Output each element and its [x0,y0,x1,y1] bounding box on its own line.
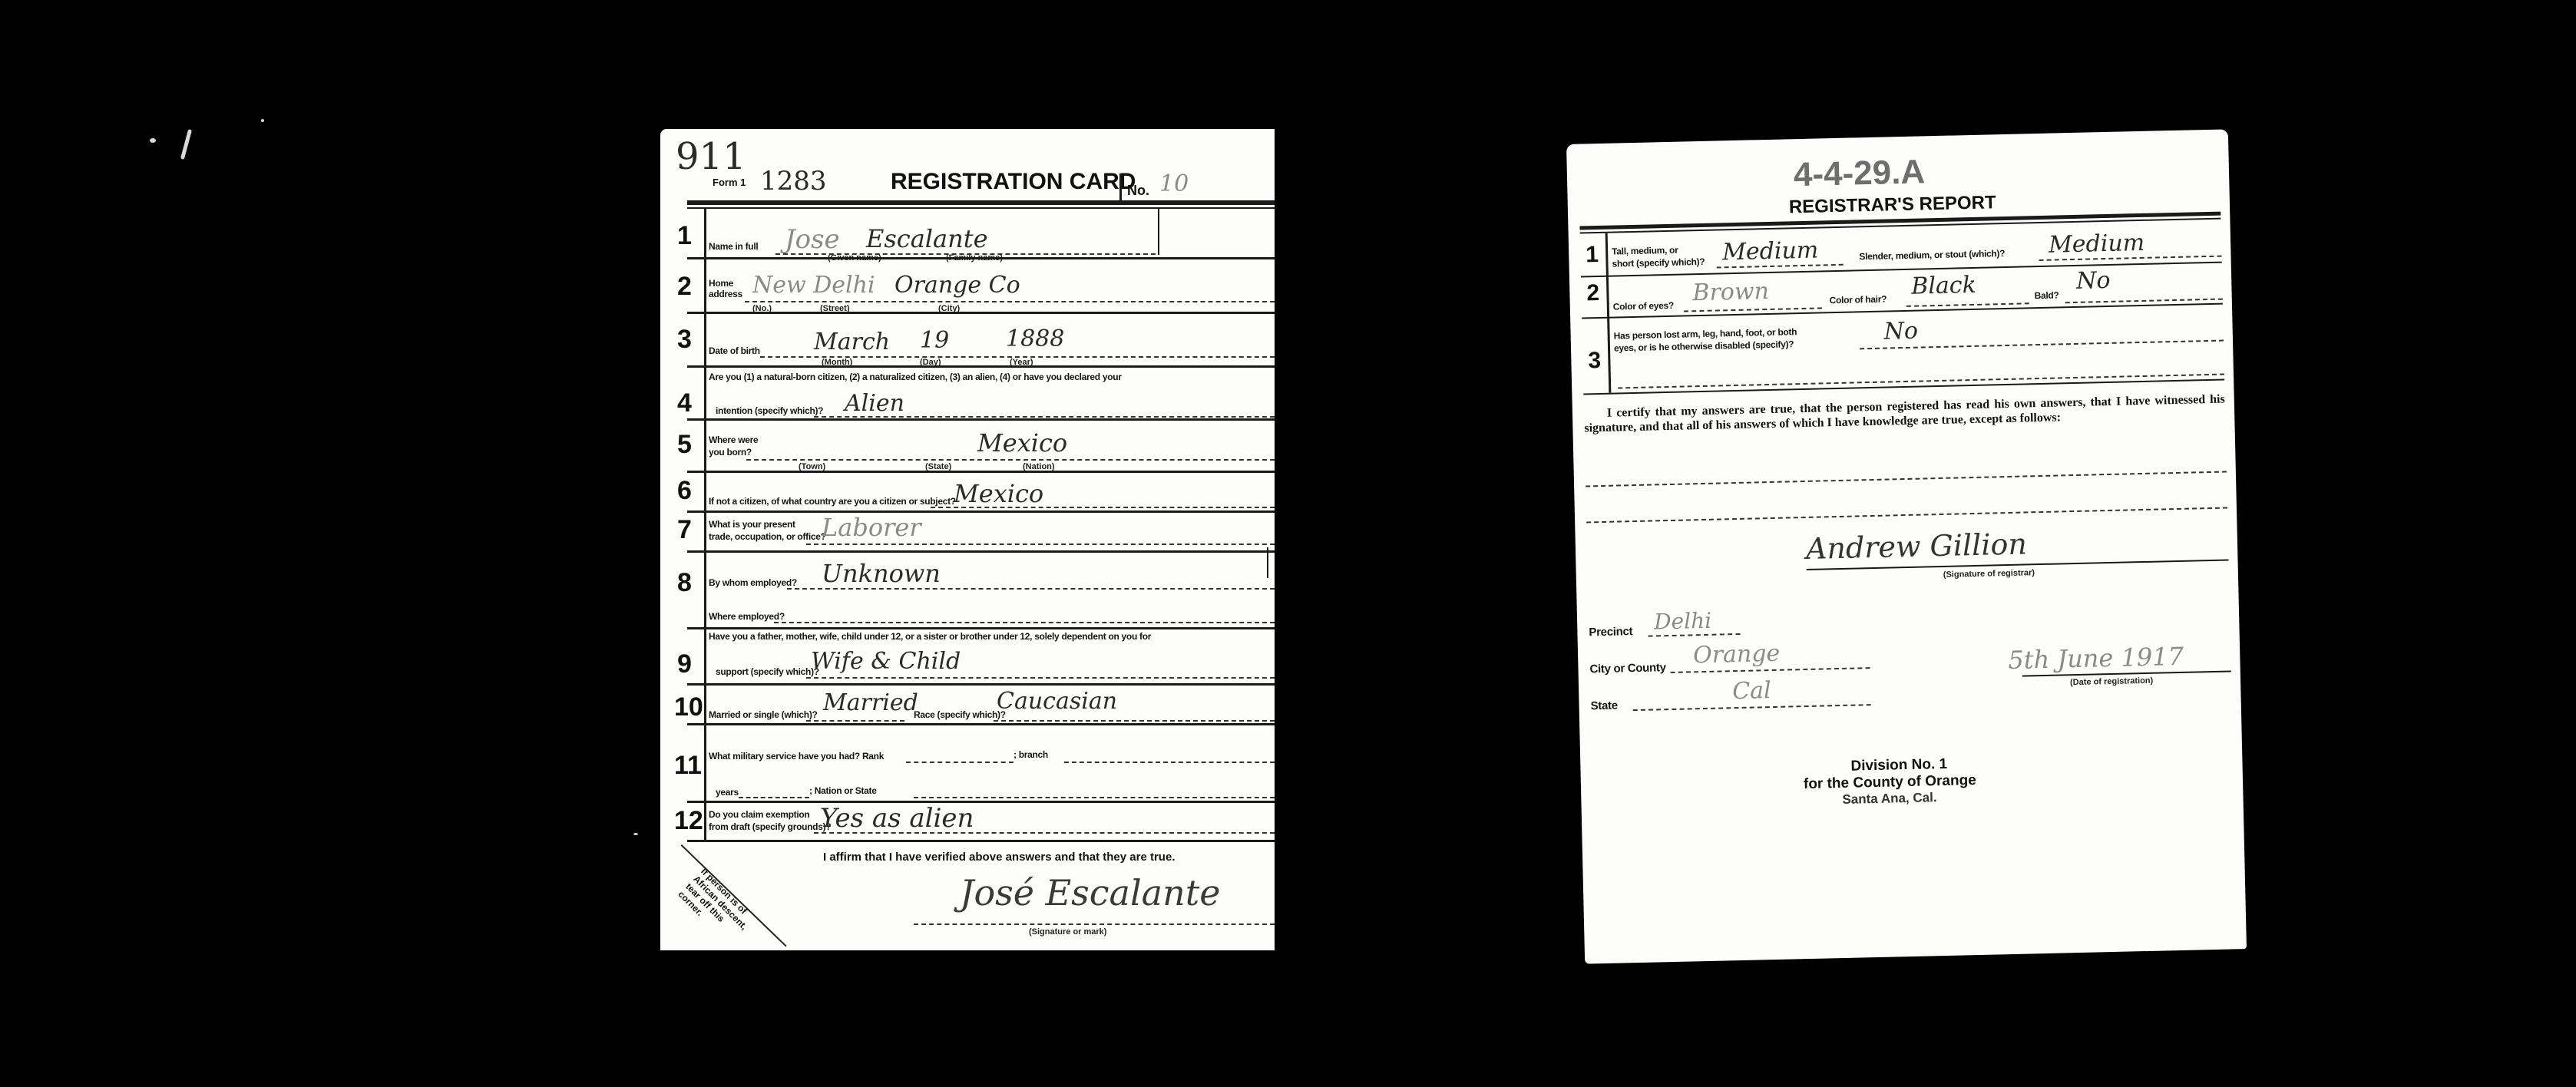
support-label: support (specify which)? [716,666,819,677]
disability-label-line2: eyes, or is he otherwise disabled (speci… [1614,339,1794,353]
card-title: REGISTRATION CARD [891,169,1136,195]
signature-caption: (Signature or mark) [1029,927,1106,937]
address-field-line [745,301,1275,302]
intention-label: intention (specify which)? [716,405,823,416]
row-divider [687,365,1275,368]
occupation-label-line2: trade, occupation, or office? [709,531,826,542]
rank-field-line [906,762,1014,763]
name-label: Name in full [709,241,758,252]
row-number: 3 [677,325,692,355]
stamp-number: 4-4-29.A [1793,153,1925,194]
branch-field-line [1064,762,1275,763]
employer-field-line [787,588,1275,590]
city-county-label: City or County [1589,661,1666,676]
row-number: 4 [677,388,692,418]
row-divider [687,510,1275,513]
city-value: Orange Co [894,272,1020,299]
birthplace-label-line2: you born? [709,447,752,458]
report-title: REGISTRAR'S REPORT [1789,192,1996,218]
marital-field-line [806,720,904,722]
row-number: 11 [674,751,702,781]
build-label: Slender, medium, or stout (which)? [1859,248,2005,262]
birth-month-value: March [814,329,890,355]
row-number: 3 [1588,348,1601,374]
top-double-rule [687,200,1275,205]
row-divider [687,257,1275,259]
row-divider [687,627,1275,629]
employer-value: Unknown [822,559,941,588]
row-number: 8 [677,568,692,598]
race-label: Race (specify which)? [914,709,1006,720]
branch-label: ; branch [1014,749,1048,760]
state-label: State [1590,699,1618,713]
row-number: 9 [677,649,692,679]
row-number: 2 [1586,280,1599,306]
country-value: Mexico [954,479,1043,508]
row-number: 2 [677,272,692,302]
hair-color-value: Black [1911,272,1976,300]
occupation-field-line [806,543,1275,545]
registration-date-value: 5th June 1917 [2008,642,2184,675]
registration-card: 911 Form 1 1283 REGISTRATION CARD No. 10… [660,129,1275,950]
row-number: 6 [677,476,692,506]
city-county-value: Orange [1693,640,1781,669]
background-speck [261,119,264,122]
home-label-line1: Home [709,278,733,289]
bald-value: No [2076,267,2111,295]
state-field-line [1633,704,1871,711]
country-label: If not a citizen, of what country are yo… [709,496,956,507]
row-divider [687,801,1275,803]
number-column-divider [704,209,706,841]
bald-label: Bald? [2034,289,2058,301]
citizenship-question: Are you (1) a natural-born citizen, (2) … [709,372,1122,382]
bald-field-line [2065,299,2223,304]
file-number: 911 [676,135,746,178]
nation-state-field-line [914,797,1275,798]
registrant-signature: José Escalante [960,872,1220,914]
nation-state-label: ; Nation or State [809,785,877,796]
marital-label: Married or single (which)? [709,709,818,720]
employer-label: By whom employed? [709,577,797,588]
precinct-label: Precinct [1589,625,1632,639]
exception-line-1 [1586,471,2227,487]
row-number: 10 [674,692,703,722]
occupation-value: Laborer [822,513,921,542]
years-label: years [716,787,739,798]
height-value: Medium [1722,237,1819,266]
birth-day-value: 19 [920,327,949,354]
row-divider [1582,303,2223,319]
family-name-value: Escalante [866,224,988,253]
row-number: 5 [677,430,692,460]
corner-instruction: If person is of African descent, tear of… [676,866,757,947]
dob-label: Date of birth [709,345,760,356]
support-field-line [806,677,1275,679]
race-field-line [994,720,1275,722]
birth-year-value: 1888 [1006,325,1064,352]
home-label-line2: address [709,289,742,299]
form-label: Form 1 [713,177,746,188]
division-line-3: Santa Ana, Cal. [1842,790,1937,808]
registrar-signature-caption: (Signature of registrar) [1943,568,2035,580]
birthplace-field-line [746,459,1275,461]
row-number: 12 [674,806,703,836]
registrars-report-card: 4-4-29.A REGISTRAR'S REPORT 1 Tall, medi… [1566,129,2247,963]
top-double-rule [687,207,1275,209]
dependents-question: Have you a father, mother, wife, child u… [709,631,1151,642]
build-value: Medium [2049,230,2145,259]
title-divider [1119,173,1122,200]
registrar-signature: Andrew Gillion [1806,527,2028,566]
exemption-label-line1: Do you claim exemption [709,809,809,820]
affirm-statement: I affirm that I have verified above answ… [823,851,1175,864]
background-speck [150,138,156,143]
where-employed-label: Where employed? [709,611,785,622]
background-speck [180,129,192,160]
state-value: Cal [1732,677,1771,705]
registration-date-caption: (Date of registration) [2070,676,2153,687]
eye-color-value: Brown [1692,278,1769,306]
row-divider [687,418,1275,421]
years-field-line [739,797,809,798]
citizenship-value: Alien [845,390,904,417]
height-label-line2: short (specify which)? [1612,256,1705,269]
row-divider [687,312,1275,314]
occupation-label-line1: What is your present [709,519,795,530]
birthplace-label-line1: Where were [709,434,758,445]
row-divider [687,683,1275,686]
row-divider [687,550,1275,553]
eye-color-label: Color of eyes? [1613,300,1674,312]
no-value: 10 [1159,170,1189,197]
dependents-value: Wife & Child [811,648,961,675]
exception-line-2 [1586,507,2227,524]
exemption-value: Yes as alien [820,803,974,834]
eye-color-field-line [1684,307,1822,312]
form-number: 1283 [760,166,827,197]
birth-nation-value: Mexico [977,428,1067,458]
marital-value: Married [823,689,918,716]
row-number: 1 [677,221,692,251]
number-column-divider [1605,233,1612,393]
division-line-2: for the County of Orange [1804,772,1976,793]
no-label: No. [1127,183,1149,199]
given-name-value: Jose [785,224,840,255]
precinct-value: Delhi [1654,608,1712,635]
row-divider [687,723,1275,725]
background-speck [633,833,638,835]
hair-color-field-line [1906,302,2029,307]
military-rank-label: What military service have you had? Rank [709,751,884,762]
certify-statement: I certify that my answers are true, that… [1584,392,2226,436]
where-employed-field-line [774,622,1275,623]
street-value: New Delhi [752,272,875,299]
age-column-divider [1158,209,1159,255]
height-label-line1: Tall, medium, or [1612,245,1678,257]
margin-tick [1267,547,1268,578]
row-divider [687,840,1275,842]
row-divider [687,471,1275,473]
division-line-1: Division No. 1 [1850,756,1947,775]
row-number: 1 [1586,242,1599,268]
exemption-label-line2: from draft (specify grounds)? [709,821,831,832]
race-value: Caucasian [997,688,1117,715]
signature-line [914,923,1275,925]
disability-value: No [1883,318,1918,345]
hair-color-label: Color of hair? [1830,294,1887,306]
row-number: 7 [677,515,692,545]
